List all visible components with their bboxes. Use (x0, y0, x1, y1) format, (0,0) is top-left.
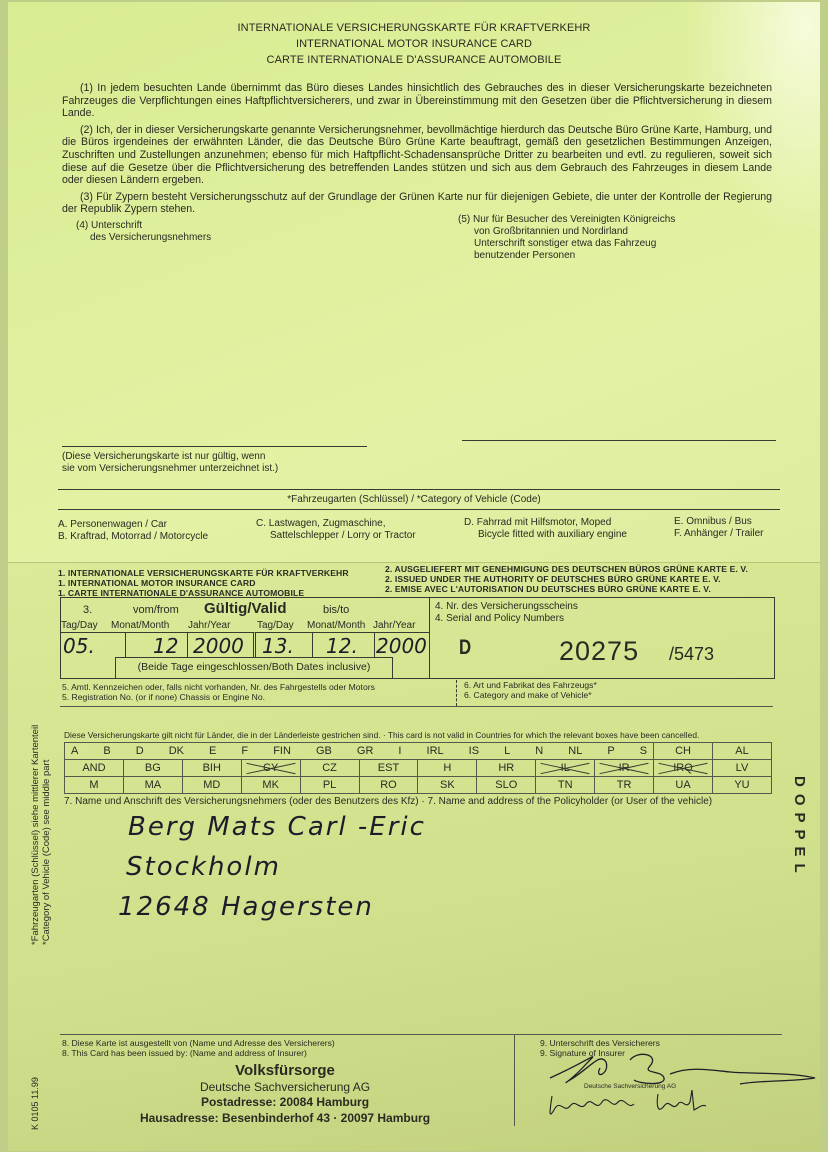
country-cell-cancelled: IL (536, 760, 595, 777)
country-row: ABDDKEFFINGBGRIIRLISLNNLPSCHAL (65, 743, 772, 760)
term-2: (2) Ich, der in dieser Versicherungskart… (62, 124, 772, 187)
country-cell: SK (418, 777, 477, 794)
country-cell: BIH (182, 760, 241, 777)
divider (60, 706, 773, 707)
policyholder-name[interactable]: Berg Mats Carl -Eric (128, 812, 426, 842)
country-cell: CH (654, 743, 713, 760)
insurer-street-address: Hausadresse: Besenbinderhof 43 · 20097 H… (60, 1110, 510, 1126)
to-month-field[interactable]: 12. (312, 632, 375, 658)
country-cell: TN (536, 777, 595, 794)
inclusive-note: (Beide Tage eingeschlossen/Both Dates in… (115, 657, 393, 678)
item-2: 2. AUSGELIEFERT MIT GENEHMIGUNG DES DEUT… (385, 564, 748, 594)
country-code: F (241, 745, 248, 757)
policyholder-address[interactable]: 12648 Hagersten (118, 892, 374, 922)
category-d: D. Fahrrad mit Hilfsmotor, Moped Bicycle… (464, 517, 627, 541)
country-row: MMAMDMKPLROSKSLOTNTRUAYU (65, 777, 772, 794)
title-de: INTERNATIONALE VERSICHERUNGSKARTE FÜR KR… (0, 22, 828, 34)
title-fr: CARTE INTERNATIONALE D'ASSURANCE AUTOMOB… (0, 54, 828, 66)
side-vehicle-note: *Fahrzeugarten (Schlüssel) siehe mittler… (30, 725, 52, 945)
from-day-field[interactable]: 05. (61, 632, 126, 658)
item-5-label: 5. Amtl. Kennzeichen oder, falls nicht v… (62, 682, 375, 702)
countries-note: Diese Versicherungskarte gilt nicht für … (64, 730, 699, 740)
insurer-name: Volksfürsorge (60, 1062, 510, 1080)
policyholder-city[interactable]: Stockholm (126, 852, 281, 882)
country-code: S (640, 745, 647, 757)
insurer-company: Deutsche Sachversicherung AG (60, 1080, 510, 1095)
country-cell: RO (359, 777, 418, 794)
vehicle-category-heading: *Fahrzeugarten (Schlüssel) / *Category o… (0, 494, 828, 506)
country-cell-cancelled: IRQ (654, 760, 713, 777)
item-1: 1. INTERNATIONALE VERSICHERUNGSKARTE FÜR… (58, 568, 349, 598)
country-cell: TR (595, 777, 654, 794)
validity-note: (Diese Versicherungskarte ist nur gültig… (62, 451, 278, 475)
divider (514, 1034, 515, 1126)
country-cell: MK (241, 777, 300, 794)
insurer-postal-address: Postadresse: 20084 Hamburg (60, 1095, 510, 1110)
country-group-cell: ABDDKEFFINGBGRIIRLISLNNLPS (65, 743, 654, 760)
divider (456, 680, 457, 706)
country-cell: YU (712, 777, 771, 794)
country-code: D (136, 745, 144, 757)
country-cell: H (418, 760, 477, 777)
country-cell: MD (182, 777, 241, 794)
country-code: A (71, 745, 78, 757)
country-code: GB (316, 745, 332, 757)
term-3: (3) Für Zypern besteht Versicherungsschu… (62, 191, 772, 216)
country-code: NL (568, 745, 582, 757)
policy-label: 4. Nr. des Versicherungsscheins 4. Seria… (435, 601, 578, 625)
country-cell: SLO (477, 777, 536, 794)
country-code: IS (469, 745, 479, 757)
country-table: ABDDKEFFINGBGRIIRLISLNNLPSCHAL ANDBGBIHC… (64, 742, 772, 794)
country-cell: LV (712, 760, 771, 777)
insurer-signature (530, 1040, 820, 1130)
country-cell: EST (359, 760, 418, 777)
country-code: B (103, 745, 110, 757)
country-code: GR (357, 745, 374, 757)
country-cell: UA (654, 777, 713, 794)
country-code: DK (169, 745, 184, 757)
signature-5-label: (5) Nur für Besucher des Vereinigten Kön… (458, 214, 675, 262)
country-code: IRL (427, 745, 444, 757)
country-cell: M (65, 777, 124, 794)
item-6-label: 6. Art und Fabrikat des Fahrzeugs* 6. Ca… (464, 680, 597, 700)
signature-4-label: (4) Unterschrift des Versicherungsnehmer… (76, 220, 211, 244)
from-year-field[interactable]: 2000 (187, 632, 256, 658)
country-cell: AL (712, 743, 771, 760)
insurer-block: Volksfürsorge Deutsche Sachversicherung … (60, 1062, 510, 1126)
item-8-label: 8. Diese Karte ist ausgestellt von (Name… (62, 1038, 335, 1058)
country-cell: MA (123, 777, 182, 794)
to-year-field[interactable]: 2000 (374, 632, 429, 658)
country-code: N (535, 745, 543, 757)
validity-policy-box: 3. vom/from Gültig/Valid bis/to Tag/Day … (60, 597, 775, 679)
country-cell: HR (477, 760, 536, 777)
policy-country-code: D (459, 636, 471, 660)
category-ef: E. Omnibus / Bus F. Anhänger / Trailer (674, 516, 764, 540)
divider (58, 489, 780, 490)
policy-number: 20275 (559, 636, 639, 667)
country-code: P (607, 745, 614, 757)
country-row: ANDBGBIHCYCZESTHHRILIRIRQLV (65, 760, 772, 777)
form-code: K 0105 11.99 (30, 1077, 40, 1130)
from-month-field[interactable]: 12 (125, 632, 188, 658)
terms-text: (1) In jedem besuchten Lande übernimmt d… (62, 82, 772, 220)
country-cell-cancelled: CY (241, 760, 300, 777)
title-en: INTERNATIONAL MOTOR INSURANCE CARD (0, 38, 828, 50)
divider (58, 509, 780, 510)
country-cell: BG (123, 760, 182, 777)
category-ab: A. Personenwagen / Car B. Kraftrad, Moto… (58, 519, 208, 543)
to-day-field[interactable]: 13. (256, 632, 313, 658)
country-cell: AND (65, 760, 124, 777)
signature-4-line[interactable] (62, 446, 367, 447)
signature-5-line[interactable] (462, 440, 776, 441)
policy-suffix: /5473 (669, 644, 714, 665)
country-code: L (504, 745, 510, 757)
term-1: (1) In jedem besuchten Lande übernimmt d… (62, 82, 772, 120)
doppel-stamp: DOPPEL (791, 776, 808, 880)
country-code: I (398, 745, 401, 757)
divider (60, 1034, 782, 1035)
country-code: E (209, 745, 216, 757)
category-c: C. Lastwagen, Zugmaschine, Sattelschlepp… (256, 518, 416, 542)
validity-title: Gültig/Valid (204, 600, 287, 617)
country-cell-cancelled: IR (595, 760, 654, 777)
country-code: FIN (273, 745, 291, 757)
validity-section: 3. vom/from Gültig/Valid bis/to Tag/Day … (61, 598, 430, 678)
country-cell: CZ (300, 760, 359, 777)
item-7-label: 7. Name und Anschrift des Versicherungsn… (64, 796, 712, 807)
country-cell: PL (300, 777, 359, 794)
